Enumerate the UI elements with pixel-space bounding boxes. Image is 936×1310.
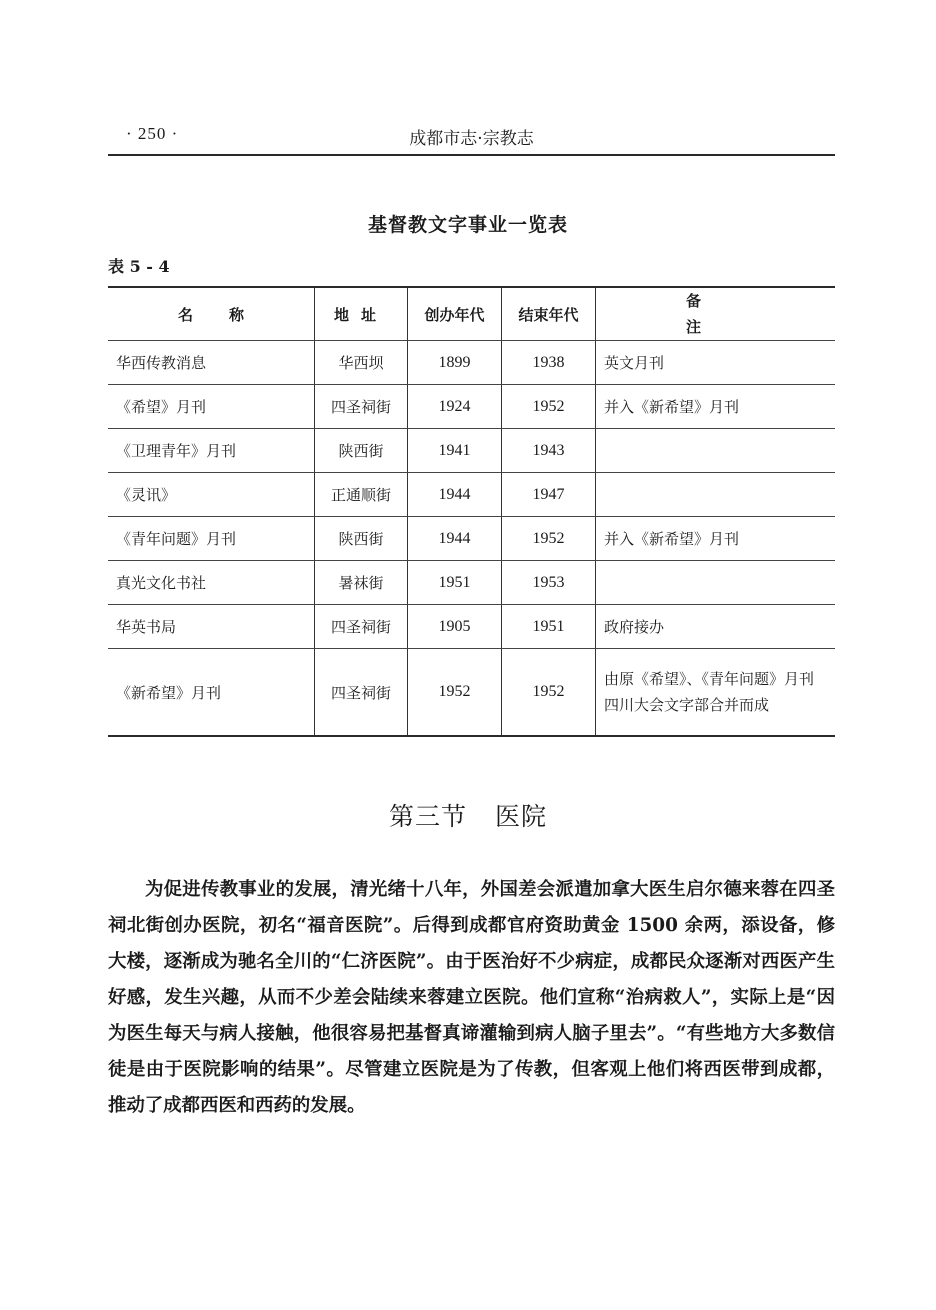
cell-address: 陕西街 <box>315 517 408 561</box>
cell-address: 华西坝 <box>315 341 408 385</box>
cell-ended: 1952 <box>502 517 596 561</box>
column-header-name: 名称 <box>108 287 315 341</box>
cell-ended: 1947 <box>502 473 596 517</box>
cell-name: 真光文化书社 <box>108 561 315 605</box>
section-title: 第三节医院 <box>0 797 936 833</box>
cell-founded: 1899 <box>408 341 502 385</box>
cell-ended: 1953 <box>502 561 596 605</box>
cell-founded: 1941 <box>408 429 502 473</box>
cell-note: 并入《新希望》月刊 <box>596 517 836 561</box>
cell-ended: 1952 <box>502 385 596 429</box>
column-header-ended: 结束年代 <box>502 287 596 341</box>
cell-ended: 1943 <box>502 429 596 473</box>
cell-note <box>596 473 836 517</box>
cell-note: 政府接办 <box>596 605 836 649</box>
cell-founded: 1944 <box>408 517 502 561</box>
publications-table: 名称 地址 创办年代 结束年代 备注 华西传教消息 华西坝 1899 1938 … <box>108 286 835 737</box>
page-header: · 250 · 成都市志·宗教志 <box>108 122 835 156</box>
table-row: 《希望》月刊 四圣祠街 1924 1952 并入《新希望》月刊 <box>108 385 835 429</box>
cell-founded: 1905 <box>408 605 502 649</box>
section-heading: 医院 <box>495 802 547 831</box>
table-header-row: 名称 地址 创办年代 结束年代 备注 <box>108 287 835 341</box>
table-row: 《灵讯》 正通顺街 1944 1947 <box>108 473 835 517</box>
cell-ended: 1951 <box>502 605 596 649</box>
cell-ended: 1938 <box>502 341 596 385</box>
cell-founded: 1944 <box>408 473 502 517</box>
cell-address: 四圣祠街 <box>315 649 408 737</box>
column-header-note: 备注 <box>596 287 836 341</box>
column-header-founded: 创办年代 <box>408 287 502 341</box>
cell-founded: 1952 <box>408 649 502 737</box>
cell-name: 华英书局 <box>108 605 315 649</box>
table-row: 《青年问题》月刊 陕西街 1944 1952 并入《新希望》月刊 <box>108 517 835 561</box>
cell-address: 陕西街 <box>315 429 408 473</box>
cell-note: 并入《新希望》月刊 <box>596 385 836 429</box>
cell-founded: 1951 <box>408 561 502 605</box>
table-label: 表 5 - 4 <box>108 254 170 277</box>
cell-note: 由原《希望》、《青年问题》月刊四川大会文字部合并而成 <box>596 649 836 737</box>
section-number: 第三节 <box>389 802 467 831</box>
cell-note <box>596 561 836 605</box>
cell-address: 暑袜街 <box>315 561 408 605</box>
cell-name: 华西传教消息 <box>108 341 315 385</box>
table-row: 真光文化书社 暑袜街 1951 1953 <box>108 561 835 605</box>
table-row: 华西传教消息 华西坝 1899 1938 英文月刊 <box>108 341 835 385</box>
column-header-address: 地址 <box>315 287 408 341</box>
cell-name: 《新希望》月刊 <box>108 649 315 737</box>
cell-address: 四圣祠街 <box>315 605 408 649</box>
cell-name: 《希望》月刊 <box>108 385 315 429</box>
table-row: 《卫理青年》月刊 陕西街 1941 1943 <box>108 429 835 473</box>
running-title: 成都市志·宗教志 <box>108 124 835 149</box>
cell-address: 四圣祠街 <box>315 385 408 429</box>
cell-name: 《卫理青年》月刊 <box>108 429 315 473</box>
cell-name: 《青年问题》月刊 <box>108 517 315 561</box>
table-row: 华英书局 四圣祠街 1905 1951 政府接办 <box>108 605 835 649</box>
cell-ended: 1952 <box>502 649 596 737</box>
cell-note: 英文月刊 <box>596 341 836 385</box>
cell-founded: 1924 <box>408 385 502 429</box>
body-paragraph: 为促进传教事业的发展，清光绪十八年，外国差会派遣加拿大医生启尔德来蓉在四圣祠北街… <box>108 872 835 1124</box>
cell-name: 《灵讯》 <box>108 473 315 517</box>
table-title: 基督教文字事业一览表 <box>0 210 936 237</box>
cell-address: 正通顺街 <box>315 473 408 517</box>
cell-note <box>596 429 836 473</box>
table-row: 《新希望》月刊 四圣祠街 1952 1952 由原《希望》、《青年问题》月刊四川… <box>108 649 835 737</box>
